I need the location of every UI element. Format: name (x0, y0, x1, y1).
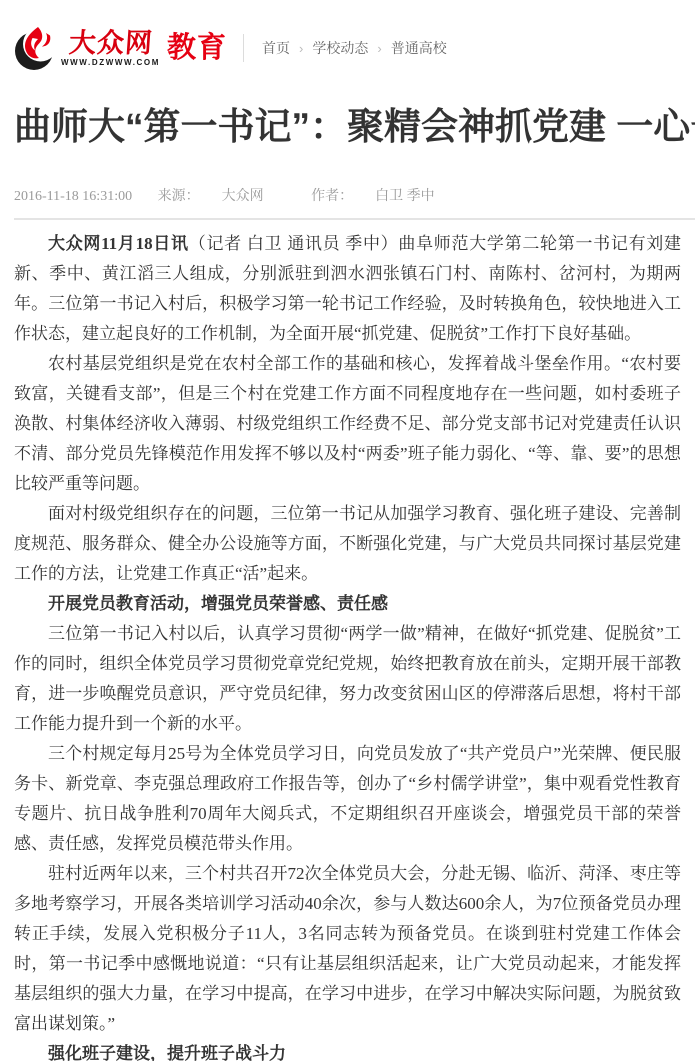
article-paragraph: 大众网11月18日讯（记者 白卫 通讯员 季中）曲阜师范大学第二轮第一书记有刘建… (14, 229, 681, 349)
source-label: 来源： (158, 189, 200, 204)
section-heading: 开展党员教育活动，增强党员荣誉感、责任感 (14, 589, 681, 619)
flame-logo-icon (14, 23, 58, 73)
author-value: 白卫 季中 (375, 189, 435, 204)
source: 来源：大众网 (158, 189, 286, 204)
meta-divider (14, 218, 695, 220)
site-header: 大众网 WWW.DZWWW.COM 教育 首页›学校动态›普通高校 (0, 0, 695, 76)
breadcrumb-separator-icon: › (377, 41, 381, 56)
breadcrumb-item-1[interactable]: 首页 (262, 38, 290, 58)
article-paragraph: 三位第一书记入村以后，认真学习贯彻“两学一做”精神，在做好“抓党建、促脱贫”工作… (14, 619, 681, 739)
site-name: 大众网 (68, 29, 154, 57)
breadcrumb-separator-icon: › (299, 41, 303, 56)
article-paragraph: 驻村近两年以来，三个村共召开72次全体党员大会，分赴无锡、临沂、菏泽、枣庄等多地… (14, 859, 681, 1039)
article-title: 曲师大“第一书记”：聚精会神抓党建 一心一 (0, 102, 695, 152)
breadcrumb-item-2[interactable]: 学校动态 (312, 38, 368, 58)
section-title-education[interactable]: 教育 (167, 32, 227, 64)
breadcrumb-item-3[interactable]: 普通高校 (391, 38, 447, 58)
section-heading: 强化班子建设，提升班子战斗力 (14, 1039, 681, 1061)
source-value: 大众网 (222, 189, 264, 204)
logo-text: 大众网 WWW.DZWWW.COM (61, 29, 160, 67)
breadcrumb: 首页›学校动态›普通高校 (262, 38, 447, 58)
author: 作者：白卫 季中 (311, 189, 457, 204)
publish-date: 2016-11-18 16:31:00 (14, 189, 132, 204)
paragraph-lead: 大众网11月18日讯 (48, 234, 189, 253)
article-paragraph: 农村基层党组织是党在农村全部工作的基础和核心，发挥着战斗堡垒作用。“农村要致富，… (14, 349, 681, 499)
header-divider (243, 34, 244, 62)
site-logo[interactable]: 大众网 WWW.DZWWW.COM (14, 23, 160, 73)
site-url: WWW.DZWWW.COM (61, 58, 160, 67)
article-paragraph: 面对村级党组织存在的问题，三位第一书记从加强学习教育、强化班子建设、完善制度规范… (14, 499, 681, 589)
article-meta: 2016-11-18 16:31:00 来源：大众网 作者：白卫 季中 (0, 185, 695, 205)
author-label: 作者： (311, 189, 353, 204)
article-paragraph: 三个村规定每月25号为全体党员学习日，向党员发放了“共产党员户”光荣牌、便民服务… (14, 739, 681, 859)
article-body: 大众网11月18日讯（记者 白卫 通讯员 季中）曲阜师范大学第二轮第一书记有刘建… (0, 229, 695, 1061)
